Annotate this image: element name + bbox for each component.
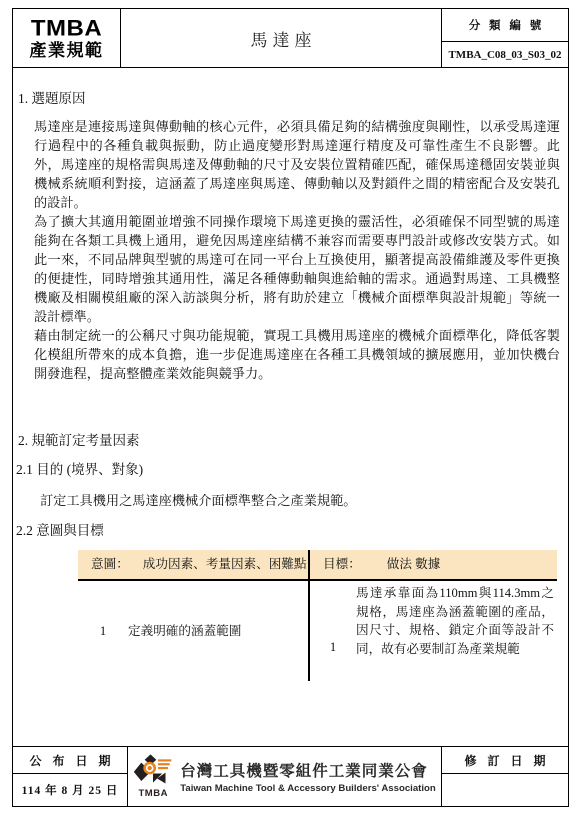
tmba-logo-icon [133,754,173,788]
publish-date-block: 公 布 日 期 114 年 8 月 25 日 [13,747,128,806]
association-name-zh: 台灣工具機暨零組件工業同業公會 [180,759,436,781]
goal-cell: 1 馬達承靠面為110mm與114.3mm之規格，馬達座為涵蓋範圍的產品，因尺寸… [308,581,557,681]
intent-label: 意圖： [78,555,129,574]
intent-desc: 成功因素、考量因素、困難點 [129,555,307,574]
revision-date-label: 修 訂 日 期 [442,747,568,774]
goal-header-cell: 目標： 做法 數據 [308,550,557,579]
revision-date-value [442,774,568,806]
intent-row-number: 1 [78,622,128,641]
intent-goal-table-header: 意圖： 成功因素、考量因素、困難點 目標： 做法 數據 [78,550,557,581]
document-body: 1. 選題原因 馬達座是連接馬達與傳動軸的核心元件，必須具備足夠的結構強度與剛性… [13,68,568,746]
document-header: TMBA 產業規範 馬達座 分 類 編 號 TMBA_C08_03_S03_02 [13,9,568,68]
publish-date-label: 公 布 日 期 [13,747,127,774]
section-1-paragraph-3: 藉由制定統一的公稱尺寸與功能規範，實現工具機用馬達座的機械介面標準化，降低客製化… [34,326,560,383]
section-2-1-heading: 2.1 目的 (境界、對象) [16,460,568,479]
association-name-en: Taiwan Machine Tool & Accessory Builders… [180,783,436,794]
section-1-heading: 1. 選題原因 [18,89,568,108]
section-2-heading: 2. 規範訂定考量因素 [18,431,568,450]
classification-label: 分 類 編 號 [442,9,568,42]
goal-row-number: 1 [310,584,356,657]
classification-code: TMBA_C08_03_S03_02 [442,42,568,67]
revision-date-block: 修 訂 日 期 [442,747,568,806]
classification-block: 分 類 編 號 TMBA_C08_03_S03_02 [442,9,568,67]
intent-cell: 1 定義明確的涵蓋範圍 [78,581,308,681]
tmba-wordmark-subtitle: 產業規範 [30,42,104,59]
goal-label: 目標： [310,555,361,574]
section-1-paragraphs: 馬達座是連接馬達與傳動軸的核心元件，必須具備足夠的結構強度與剛性，以承受馬達運行… [34,117,560,383]
association-names: 台灣工具機暨零組件工業同業公會 Taiwan Machine Tool & Ac… [180,759,436,794]
document-title: 馬達座 [121,9,442,67]
goal-row-text: 馬達承靠面為110mm與114.3mm之規格，馬達座為涵蓋範圍的產品，因尺寸、規… [356,584,557,658]
section-1-paragraph-2: 為了擴大其適用範圍並增強不同操作環境下馬達更換的靈活性，必須確保不同型號的馬達能… [34,212,560,326]
goal-desc: 做法 數據 [361,555,441,574]
document-footer: 公 布 日 期 114 年 8 月 25 日 [13,746,568,806]
publish-date-value: 114 年 8 月 25 日 [13,774,127,806]
tmba-logo-label: TMBA [139,788,168,799]
section-1-paragraph-1: 馬達座是連接馬達與傳動軸的核心元件，必須具備足夠的結構強度與剛性，以承受馬達運行… [34,117,560,212]
intent-header-cell: 意圖： 成功因素、考量因素、困難點 [78,550,308,579]
tmba-wordmark-text: TMBA [31,18,102,41]
tmba-wordmark: TMBA 產業規範 [13,9,121,67]
intent-row-text: 定義明確的涵蓋範圍 [128,622,308,641]
intent-goal-table: 意圖： 成功因素、考量因素、困難點 目標： 做法 數據 1 定義明確的涵蓋範圍 … [78,550,557,681]
tmba-logo: TMBA [133,754,173,799]
table-row: 1 定義明確的涵蓋範圍 1 馬達承靠面為110mm與114.3mm之規格，馬達座… [78,581,557,681]
section-2-2-heading: 2.2 意圖與目標 [16,521,568,540]
document-page: TMBA 產業規範 馬達座 分 類 編 號 TMBA_C08_03_S03_02… [12,8,569,807]
section-2-1-text: 訂定工具機用之馬達座機械介面標準整合之產業規範。 [40,491,568,510]
association-block: TMBA 台灣工具機暨零組件工業同業公會 Taiwan Machine Tool… [128,747,442,806]
